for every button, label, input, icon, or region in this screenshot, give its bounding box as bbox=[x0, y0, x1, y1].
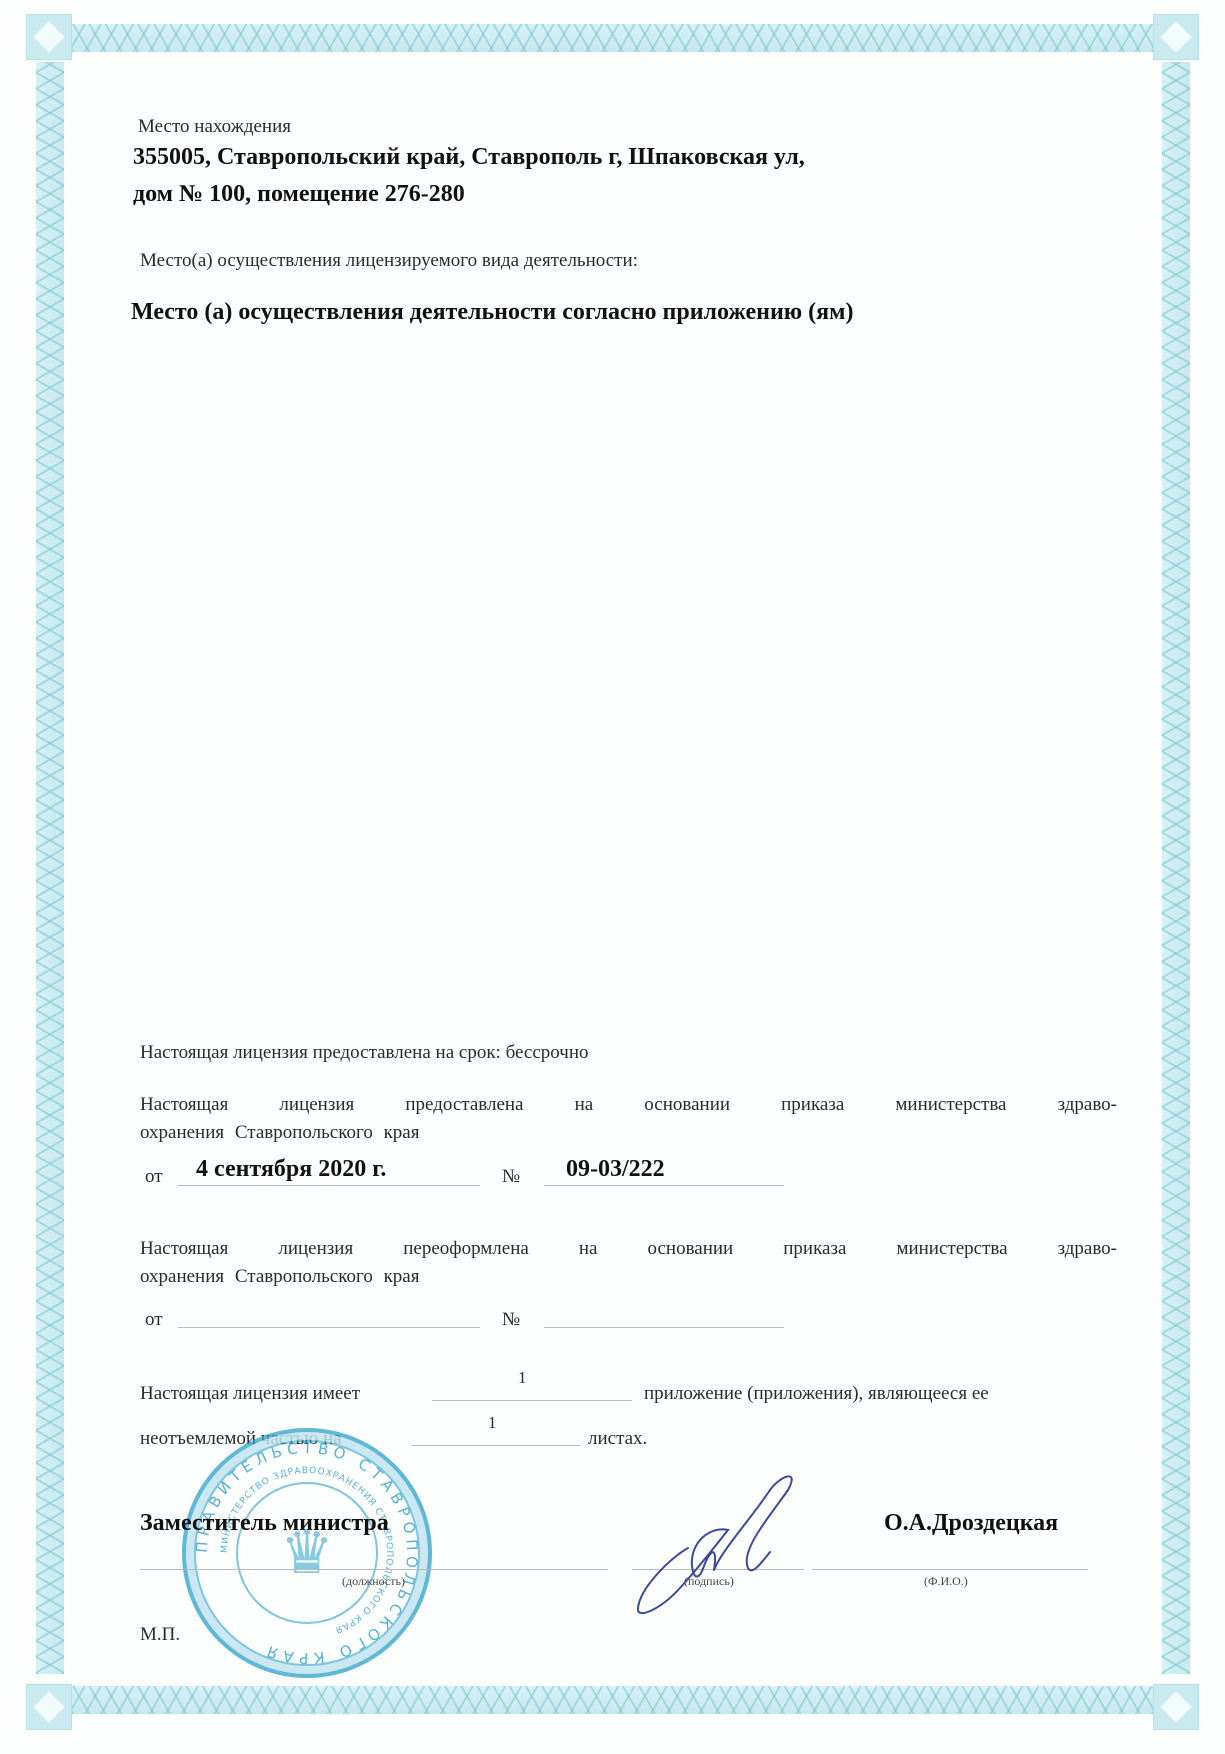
granted-number: 09-03/222 bbox=[566, 1156, 665, 1183]
reissued-date-underline bbox=[178, 1327, 480, 1328]
appendix-sheets-underline bbox=[412, 1445, 580, 1446]
appendix-line2-suffix: листах. bbox=[588, 1428, 647, 1450]
official-seal: ПРАВИТЕЛЬСТВО СТАВРОПОЛЬСКОГО КРАЯ МИНИС… bbox=[182, 1428, 432, 1678]
reissued-number-underline bbox=[544, 1327, 784, 1328]
granted-number-underline bbox=[544, 1185, 784, 1186]
border-corner-ornament bbox=[26, 1684, 72, 1730]
reissued-from-label: от bbox=[145, 1309, 163, 1331]
seal-place-label: М.П. bbox=[140, 1624, 180, 1646]
appendix-count: 1 bbox=[518, 1368, 527, 1388]
handwritten-signature bbox=[630, 1470, 830, 1620]
license-page: Место нахождения 355005, Ставропольский … bbox=[0, 0, 1225, 1754]
address-label: Место нахождения bbox=[138, 116, 291, 138]
appendix-suffix: приложение (приложения), являющееся ее bbox=[644, 1383, 989, 1405]
seal-inner-ring: ♛ bbox=[236, 1482, 378, 1624]
granted-from-label: от bbox=[145, 1166, 163, 1188]
appendix-prefix: Настоящая лицензия имеет bbox=[140, 1383, 360, 1405]
border-top bbox=[72, 24, 1153, 52]
appendix-count-underline bbox=[432, 1400, 632, 1401]
reissued-number-label: № bbox=[502, 1309, 520, 1331]
border-left bbox=[36, 62, 64, 1674]
activity-place-value: Место (а) осуществления деятельности сог… bbox=[131, 299, 853, 326]
reissued-basis-line-1: Настоящая лицензия переоформлена на осно… bbox=[140, 1238, 1117, 1260]
name-underline bbox=[812, 1569, 1088, 1570]
border-right bbox=[1162, 62, 1190, 1674]
license-term: Настоящая лицензия предоставлена на срок… bbox=[140, 1042, 589, 1064]
border-bottom bbox=[72, 1686, 1153, 1714]
granted-date-underline bbox=[178, 1185, 480, 1186]
signatory-position: Заместитель министра bbox=[140, 1510, 389, 1537]
address-line-2: дом № 100, помещение 276-280 bbox=[133, 181, 465, 208]
position-underline bbox=[140, 1569, 608, 1570]
border-corner-ornament bbox=[26, 14, 72, 60]
granted-date: 4 сентября 2020 г. bbox=[196, 1156, 386, 1183]
granted-number-label: № bbox=[502, 1166, 520, 1188]
activity-place-label: Место(а) осуществления лицензируемого ви… bbox=[140, 250, 638, 272]
name-caption: (Ф.И.О.) bbox=[924, 1574, 968, 1589]
signatory-name: О.А.Дроздецкая bbox=[884, 1510, 1058, 1537]
position-caption: (должность) bbox=[342, 1574, 405, 1589]
border-corner-ornament bbox=[1153, 1684, 1199, 1730]
granted-basis-line-1: Настоящая лицензия предоставлена на осно… bbox=[140, 1094, 1117, 1116]
border-corner-ornament bbox=[1153, 14, 1199, 60]
appendix-sheets: 1 bbox=[488, 1413, 497, 1433]
granted-basis-line-2: охранения Ставропольского края bbox=[140, 1122, 419, 1144]
address-line-1: 355005, Ставропольский край, Ставрополь … bbox=[133, 144, 805, 171]
reissued-basis-line-2: охранения Ставропольского края bbox=[140, 1266, 419, 1288]
